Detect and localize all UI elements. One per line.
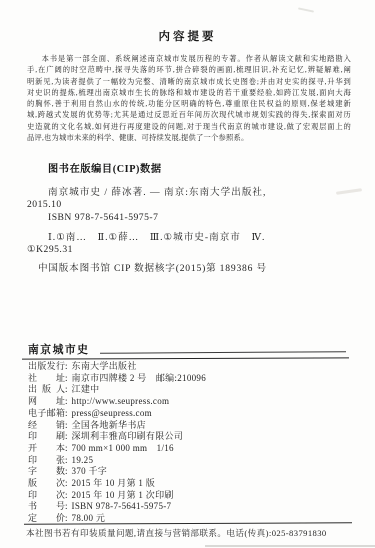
scan-edge	[205, 545, 375, 547]
colophon-value: 南京市四牌楼 2 号 邮编:210096	[72, 373, 207, 383]
colophon-value: 全国各地新华书店	[72, 420, 146, 430]
book-title: 南京城市史	[28, 342, 89, 357]
cip-date-line: 2015.10	[27, 199, 62, 210]
colophon-label: 电子邮箱	[28, 408, 65, 420]
summary-heading: 内容提要	[0, 28, 375, 44]
colophon-row-isbn: 书号:ISBN 978-7-5641-5975-7	[28, 501, 358, 513]
colophon-value: 2015 年 10 月第 1 次印刷	[72, 490, 174, 500]
cip-record-number: 中国版本图书馆 CIP 数据核字(2015)第 189386 号	[38, 260, 267, 274]
colophon-row-printing: 印次:2015 年 10 月第 1 次印刷	[28, 490, 358, 502]
colon: :	[65, 431, 68, 443]
colophon-label: 印刷	[28, 431, 65, 443]
quality-notice: 本社图书若有印装质量问题,请直接与营销部联系。电话(传真):025-837918…	[26, 527, 356, 539]
cip-classification-code: ①K295.31	[27, 244, 73, 255]
colophon-label: 开本	[28, 443, 65, 455]
title-rule-full	[22, 357, 349, 359]
colon: :	[65, 408, 68, 420]
colophon-value: 2015 年 10 月第 1 版	[72, 478, 156, 488]
summary-line: 城,跨越式发展的优势等;尤其是通过反思近百年间历次现代城市规划实践的得失,探索面…	[27, 109, 351, 120]
colophon-row-address: 社址:南京市四牌楼 2 号 邮编:210096	[28, 373, 358, 385]
colophon-value: 深圳利丰雅高印刷有限公司	[72, 431, 184, 441]
colophon-label: 印张	[28, 455, 65, 467]
colon: :	[65, 490, 68, 502]
colophon-row-publisher: 出版发行:东南大学出版社	[28, 361, 358, 373]
colon: :	[65, 361, 68, 373]
colophon-value: 700 mm×1 000 mm 1/16	[72, 443, 174, 453]
cip-title-line: 南京城市史 / 薛冰著. — 南京:东南大学出版社,	[48, 184, 266, 198]
summary-line: 史造就的文化名城,如何进行再度建设的问题,对于现当代南京的城市建设,做了宏观层面…	[27, 121, 351, 132]
colophon-value: 19.25	[72, 455, 94, 465]
colophon-row-email: 电子邮箱:press@seupress.com	[28, 408, 358, 420]
colon: :	[65, 384, 68, 396]
colophon-value: 江建中	[72, 384, 100, 394]
cip-heading: 图书在版编目(CIP)数据	[48, 160, 162, 175]
colophon-row-publisher-person: 出版人:江建中	[28, 384, 358, 396]
cip-isbn-line: ISBN 978-7-5641-5975-7	[48, 212, 158, 223]
colophon-label: 出版发行	[28, 361, 65, 373]
colon: :	[65, 373, 68, 385]
colophon-label: 书号	[28, 501, 65, 513]
summary-line: 品评,也为城市未来的科学、健康、可持续发展,提供了一个参照系。	[27, 132, 351, 143]
colophon-row-wordcount: 字数:370 千字	[28, 466, 358, 478]
scan-speck	[298, 7, 314, 12]
colophon-label: 出版人	[28, 384, 65, 396]
colophon-label: 经销	[28, 420, 65, 432]
colophon-value: 370 千字	[72, 466, 108, 476]
summary-line: 手,在广阔的时空范畴中,探寻失落的环节,拼合碎裂的画面,梳理旧识,补充记忆,辨疑…	[27, 64, 351, 75]
colophon-row-distributor: 经销:全国各地新华书店	[28, 420, 358, 432]
colon: :	[65, 478, 68, 490]
colon: :	[65, 396, 68, 408]
colophon-row-sheets: 印张:19.25	[28, 455, 358, 467]
cip-classification-line: Ⅰ.①南… Ⅱ.①薛… Ⅲ.①城市史-南京市 Ⅳ.	[48, 229, 265, 243]
summary-line: 对史识的提炼,梳理出南京城市生长的脉络和城市建设的若干重要经验,如跨江发展,面向…	[27, 87, 351, 98]
colophon-row-format: 开本:700 mm×1 000 mm 1/16	[28, 443, 358, 455]
scan-smudge	[336, 188, 362, 195]
summary-paragraph: 本书是第一部全面、系统阐述南京城市发展历程的专著。作者从解读文献和实地踏勘入 手…	[27, 53, 351, 143]
colon: :	[65, 420, 68, 432]
colophon-row-website: 网址:http://www.seupress.com	[28, 396, 358, 408]
summary-line: 的胸怀,善于利用自然山水的传统,功能分区明确的特色,尊重原住民权益的原则,保老城…	[27, 98, 351, 109]
colophon-value: 78.00 元	[72, 513, 106, 523]
colon: :	[65, 455, 68, 467]
colophon-value: press@seupress.com	[72, 408, 152, 418]
colon: :	[65, 443, 68, 455]
colophon-row-printer: 印刷:深圳利丰雅高印刷有限公司	[28, 431, 358, 443]
colophon-label: 印次	[28, 490, 65, 502]
colophon-label: 字数	[28, 466, 65, 478]
colophon-label: 版次	[28, 478, 65, 490]
colophon-value: http://www.seupress.com	[72, 396, 170, 406]
book-copyright-page: 内容提要 本书是第一部全面、系统阐述南京城市发展历程的专著。作者从解读文献和实地…	[0, 0, 375, 548]
summary-line: 明新见,为读者提供了一幅较为完整、清晰的南京城市成长史图卷;并由对史实的探寻,升…	[27, 76, 351, 87]
colophon-row-edition: 版次:2015 年 10 月第 1 版	[28, 478, 358, 490]
colon: :	[65, 501, 68, 513]
colophon-label: 网址	[28, 396, 65, 408]
title-rule-short	[100, 351, 346, 354]
colophon-value: ISBN 978-7-5641-5975-7	[72, 501, 172, 511]
colophon-value: 东南大学出版社	[72, 361, 137, 371]
summary-line: 本书是第一部全面、系统阐述南京城市发展历程的专著。作者从解读文献和实地踏勘入	[27, 53, 351, 64]
colophon-label: 社址	[28, 373, 65, 385]
colophon-table: 出版发行:东南大学出版社 社址:南京市四牌楼 2 号 邮编:210096 出版人…	[28, 361, 358, 525]
colon: :	[65, 466, 68, 478]
